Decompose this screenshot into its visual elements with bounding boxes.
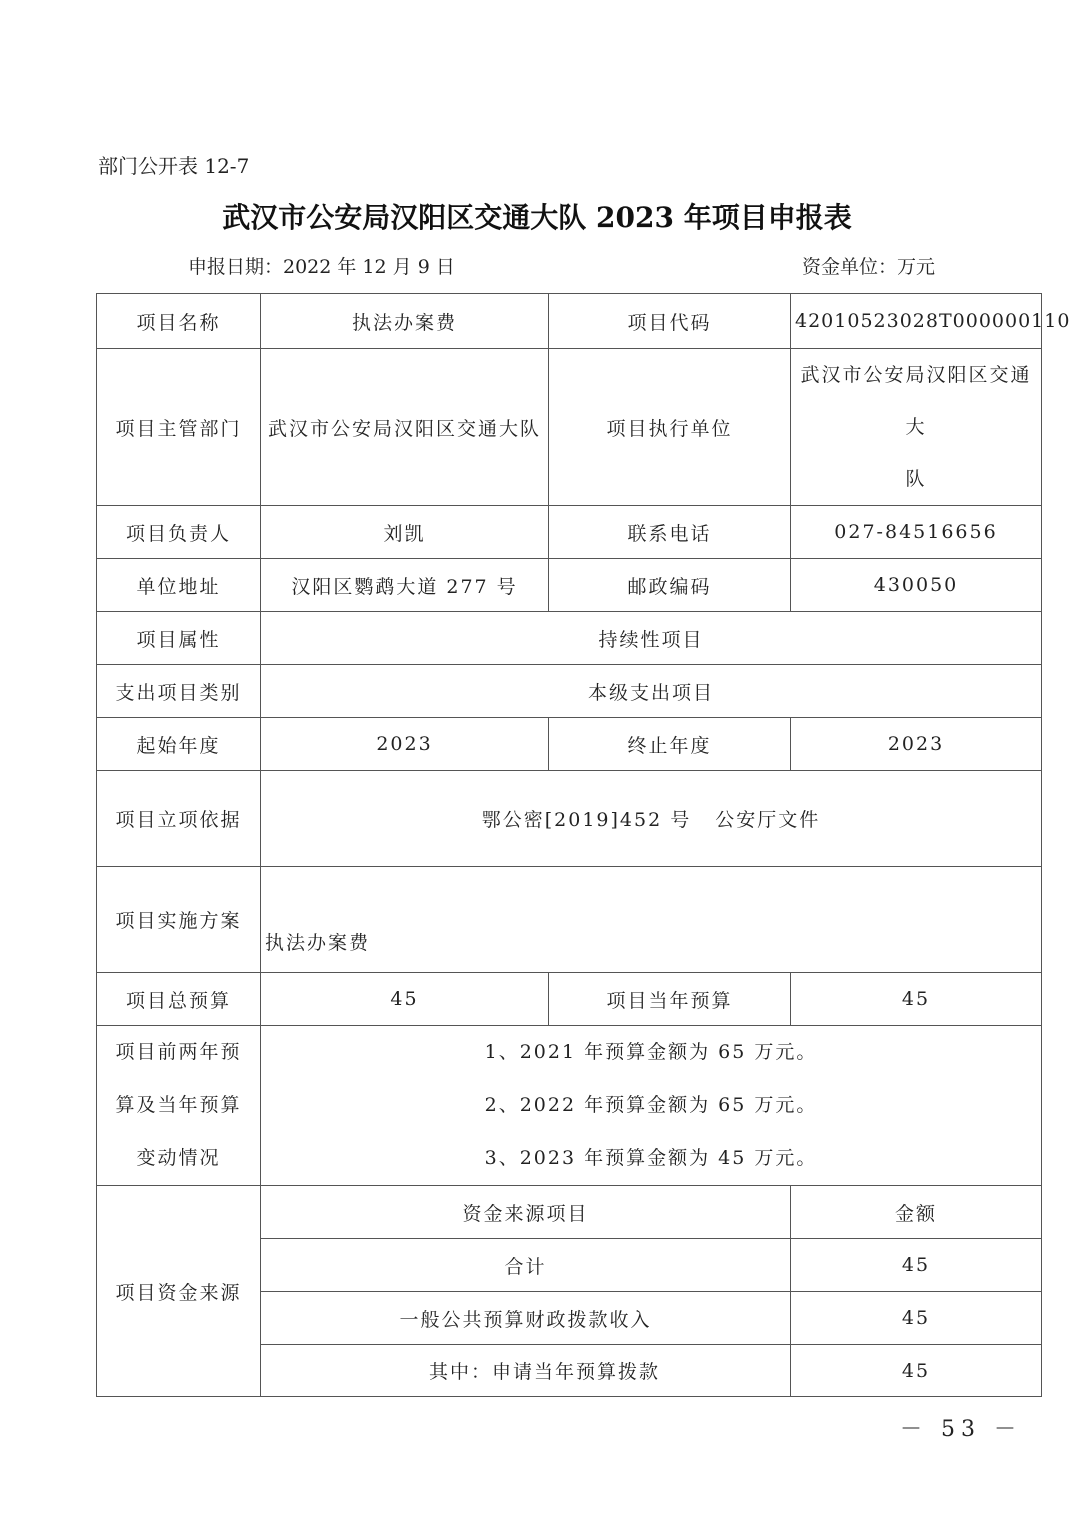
changes-value: 1、2021 年预算金额为 65 万元。 2、2022 年预算金额为 65 万元… [261, 1026, 1042, 1186]
funding-item-amount: 45 [791, 1345, 1042, 1397]
basis-source: 公安厅文件 [715, 809, 820, 831]
attribute-label: 项目属性 [97, 612, 261, 665]
basis-label: 项目立项依据 [97, 771, 261, 867]
table-row: 项目负责人 刘凯 联系电话 027-84516656 [97, 506, 1042, 559]
project-name-label: 项目名称 [97, 294, 261, 349]
funding-item-amount: 45 [791, 1239, 1042, 1292]
supervisor-label: 项目主管部门 [97, 349, 261, 506]
table-row: 项目总预算 45 项目当年预算 45 [97, 973, 1042, 1026]
project-code-label: 项目代码 [549, 294, 791, 349]
category-label: 支出项目类别 [97, 665, 261, 718]
address-label: 单位地址 [97, 559, 261, 612]
plan-text: 执法办案费 [265, 884, 1037, 955]
project-name-value: 执法办案费 [261, 294, 549, 349]
form-number: 部门公开表 12-7 [98, 150, 249, 179]
leader-value: 刘凯 [261, 506, 549, 559]
funding-item-amount: 45 [791, 1292, 1042, 1345]
changes-label-line-2: 算及当年预算 [101, 1079, 256, 1132]
funding-header-row: 项目资金来源 资金来源项目 金额 [97, 1186, 1042, 1239]
project-code-value: 42010523028T000000110 [791, 294, 1042, 349]
start-year-label: 起始年度 [97, 718, 261, 771]
leader-label: 项目负责人 [97, 506, 261, 559]
funding-item-name: 合计 [261, 1239, 791, 1292]
plan-label: 项目实施方案 [97, 867, 261, 973]
report-date: 申报日期：2022 年 12 月 9 日 [188, 252, 455, 279]
plan-value: 执法办案费 [261, 867, 1042, 973]
changes-label-line-3: 变动情况 [101, 1132, 256, 1185]
table-row: 单位地址 汉阳区鹦鹉大道 277 号 邮政编码 430050 [97, 559, 1042, 612]
end-year-label: 终止年度 [549, 718, 791, 771]
postcode-label: 邮政编码 [549, 559, 791, 612]
changes-label: 项目前两年预 算及当年预算 变动情况 [97, 1026, 261, 1186]
table-row: 项目实施方案 执法办案费 [97, 867, 1042, 973]
table-row: 项目名称 执法办案费 项目代码 42010523028T000000110 [97, 294, 1042, 349]
phone-value: 027-84516656 [791, 506, 1042, 559]
basis-doc: 鄂公密[2019]452 号 [482, 809, 691, 831]
page-number: － 53 － [900, 1412, 1022, 1443]
start-year-value: 2023 [261, 718, 549, 771]
executor-value: 武汉市公安局汉阳区交通大 队 [791, 349, 1042, 506]
address-value: 汉阳区鹦鹉大道 277 号 [261, 559, 549, 612]
table-row: 项目主管部门 武汉市公安局汉阳区交通大队 项目执行单位 武汉市公安局汉阳区交通大… [97, 349, 1042, 506]
executor-line-2: 队 [795, 453, 1037, 505]
project-application-table: 项目名称 执法办案费 项目代码 42010523028T000000110 项目… [96, 293, 1042, 1397]
table-row: 起始年度 2023 终止年度 2023 [97, 718, 1042, 771]
funding-item-name: 一般公共预算财政拨款收入 [261, 1292, 791, 1345]
funding-col-source: 资金来源项目 [261, 1186, 791, 1239]
supervisor-value: 武汉市公安局汉阳区交通大队 [261, 349, 549, 506]
total-budget-value: 45 [261, 973, 549, 1026]
total-budget-label: 项目总预算 [97, 973, 261, 1026]
postcode-value: 430050 [791, 559, 1042, 612]
funding-col-amount: 金额 [791, 1186, 1042, 1239]
page-title: 武汉市公安局汉阳区交通大队 2023 年项目申报表 [0, 196, 1074, 236]
phone-label: 联系电话 [549, 506, 791, 559]
change-item: 2、2022 年预算金额为 65 万元。 [265, 1079, 1037, 1132]
year-budget-value: 45 [791, 973, 1042, 1026]
change-item: 3、2023 年预算金额为 45 万元。 [265, 1132, 1037, 1185]
end-year-value: 2023 [791, 718, 1042, 771]
table-row: 支出项目类别 本级支出项目 [97, 665, 1042, 718]
executor-label: 项目执行单位 [549, 349, 791, 506]
changes-label-line-1: 项目前两年预 [101, 1026, 256, 1079]
executor-line-1: 武汉市公安局汉阳区交通大 [795, 349, 1037, 453]
attribute-value: 持续性项目 [261, 612, 1042, 665]
table-row: 项目立项依据 鄂公密[2019]452 号公安厅文件 [97, 771, 1042, 867]
table-row: 项目属性 持续性项目 [97, 612, 1042, 665]
change-item: 1、2021 年预算金额为 65 万元。 [265, 1026, 1037, 1079]
category-value: 本级支出项目 [261, 665, 1042, 718]
funding-item-name: 其中：申请当年预算拨款 [261, 1345, 791, 1397]
year-budget-label: 项目当年预算 [549, 973, 791, 1026]
table-row: 项目前两年预 算及当年预算 变动情况 1、2021 年预算金额为 65 万元。 … [97, 1026, 1042, 1186]
basis-value: 鄂公密[2019]452 号公安厅文件 [261, 771, 1042, 867]
funding-label: 项目资金来源 [97, 1186, 261, 1397]
fund-unit: 资金单位：万元 [802, 252, 935, 279]
